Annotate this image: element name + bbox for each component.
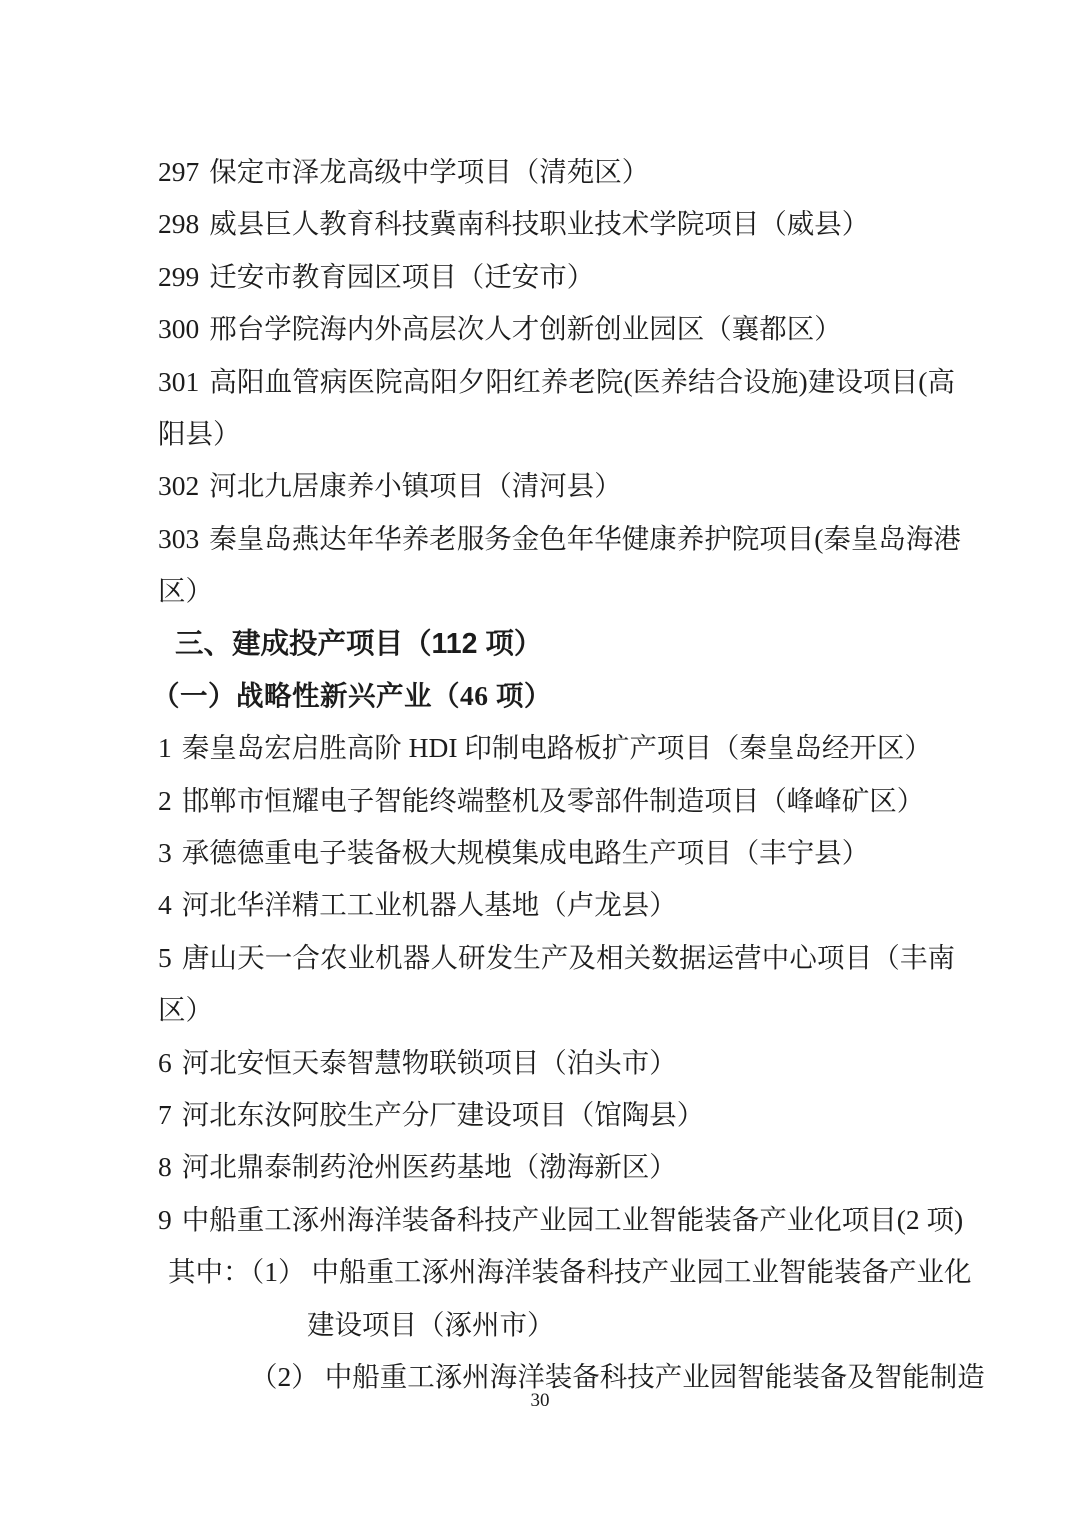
list-item: 9中船重工涿州海洋装备科技产业园工业智能装备产业化项目(2 项): [150, 1194, 955, 1246]
item-number: 297: [158, 156, 199, 187]
list-item: 4河北华洋精工工业机器人基地（卢龙县）: [150, 879, 955, 931]
sub-item: 其中：（1）中船重工涿州海洋装备科技产业园工业智能装备产业化: [150, 1246, 955, 1298]
item-number: 9: [158, 1204, 172, 1235]
continuation-line: 区）: [150, 565, 955, 617]
item-number: 6: [158, 1047, 172, 1078]
item-text: 威县巨人教育科技冀南科技职业技术学院项目（威县）: [209, 208, 869, 239]
item-number: 302: [158, 470, 199, 501]
item-number: 5: [158, 942, 172, 973]
item-number: 299: [158, 261, 199, 292]
list-item: 2邯郸市恒耀电子智能终端整机及零部件制造项目（峰峰矿区）: [150, 775, 955, 827]
list-item: 298威县巨人教育科技冀南科技职业技术学院项目（威县）: [150, 198, 955, 250]
list-item: 5唐山天一合农业机器人研发生产及相关数据运营中心项目（丰南: [150, 932, 955, 984]
item-number: 3: [158, 837, 172, 868]
item-text: 河北九居康养小镇项目（清河县）: [209, 470, 622, 501]
item-text: 河北鼎泰制药沧州医药基地（渤海新区）: [182, 1151, 677, 1182]
item-number: 301: [158, 366, 199, 397]
list-item: 7河北东汝阿胶生产分厂建设项目（馆陶县）: [150, 1089, 955, 1141]
sub-item-continuation: 建设项目（涿州市）: [150, 1299, 955, 1351]
list-item: 301高阳血管病医院高阳夕阳红养老院(医养结合设施)建设项目(高: [150, 356, 955, 408]
item-text: 唐山天一合农业机器人研发生产及相关数据运营中心项目（丰南: [182, 942, 955, 973]
item-text: 承德德重电子装备极大规模集成电路生产项目（丰宁县）: [182, 837, 870, 868]
item-text: 区）: [158, 994, 213, 1025]
list-item: 302河北九居康养小镇项目（清河县）: [150, 460, 955, 512]
document-body: 297保定市泽龙高级中学项目（清苑区） 298威县巨人教育科技冀南科技职业技术学…: [150, 146, 955, 1403]
item-number: 298: [158, 208, 199, 239]
item-text: 秦皇岛燕达年华养老服务金色年华健康养护院项目(秦皇岛海港: [209, 523, 961, 554]
document-page: 297保定市泽龙高级中学项目（清苑区） 298威县巨人教育科技冀南科技职业技术学…: [0, 0, 1080, 1528]
section-heading: 三、建成投产项目（112 项）: [150, 618, 955, 670]
item-text: 河北安恒天泰智慧物联锁项目（泊头市）: [182, 1047, 677, 1078]
list-item: 6河北安恒天泰智慧物联锁项目（泊头市）: [150, 1037, 955, 1089]
list-item: 300邢台学院海内外高层次人才创新创业园区（襄都区）: [150, 303, 955, 355]
list-item: 1秦皇岛宏启胜高阶 HDI 印制电路板扩产项目（秦皇岛经开区）: [150, 722, 955, 774]
sub-item-label: （1）: [251, 1256, 306, 1287]
item-number: 1: [158, 732, 172, 763]
sub-item-text: 建设项目（涿州市）: [307, 1309, 555, 1340]
item-number: 300: [158, 313, 199, 344]
sub-item-text: 中船重工涿州海洋装备科技产业园工业智能装备产业化: [312, 1256, 972, 1287]
item-text: 秦皇岛宏启胜高阶 HDI 印制电路板扩产项目（秦皇岛经开区）: [182, 732, 932, 763]
item-number: 4: [158, 889, 172, 920]
sub-item-label: （2）: [250, 1361, 319, 1392]
item-text: 中船重工涿州海洋装备科技产业园工业智能装备产业化项目(2 项): [182, 1204, 963, 1235]
list-item: 299迁安市教育园区项目（迁安市）: [150, 251, 955, 303]
continuation-line: 区）: [150, 984, 955, 1036]
item-number: 8: [158, 1151, 172, 1182]
item-text: 区）: [158, 575, 213, 606]
list-item: 297保定市泽龙高级中学项目（清苑区）: [150, 146, 955, 198]
item-text: 河北华洋精工工业机器人基地（卢龙县）: [182, 889, 677, 920]
item-text: 邯郸市恒耀电子智能终端整机及零部件制造项目（峰峰矿区）: [182, 785, 925, 816]
subsection-heading: （一）战略性新兴产业（46 项）: [150, 670, 955, 722]
list-item: 3承德德重电子装备极大规模集成电路生产项目（丰宁县）: [150, 827, 955, 879]
item-text: 高阳血管病医院高阳夕阳红养老院(医养结合设施)建设项目(高: [209, 366, 955, 397]
item-number: 2: [158, 785, 172, 816]
item-text: 邢台学院海内外高层次人才创新创业园区（襄都区）: [209, 313, 842, 344]
item-text: 河北东汝阿胶生产分厂建设项目（馆陶县）: [182, 1099, 705, 1130]
item-text: 迁安市教育园区项目（迁安市）: [209, 261, 594, 292]
continuation-line: 阳县）: [150, 408, 955, 460]
item-text: 保定市泽龙高级中学项目（清苑区）: [209, 156, 649, 187]
item-number: 303: [158, 523, 199, 554]
list-item: 8河北鼎泰制药沧州医药基地（渤海新区）: [150, 1141, 955, 1193]
sub-item-prefix: 其中：: [168, 1256, 251, 1287]
item-text: 阳县）: [158, 418, 241, 449]
list-item: 303秦皇岛燕达年华养老服务金色年华健康养护院项目(秦皇岛海港: [150, 513, 955, 565]
item-number: 7: [158, 1099, 172, 1130]
page-number: 30: [0, 1390, 1080, 1412]
sub-item-text: 中船重工涿州海洋装备科技产业园智能装备及智能制造: [325, 1361, 985, 1392]
